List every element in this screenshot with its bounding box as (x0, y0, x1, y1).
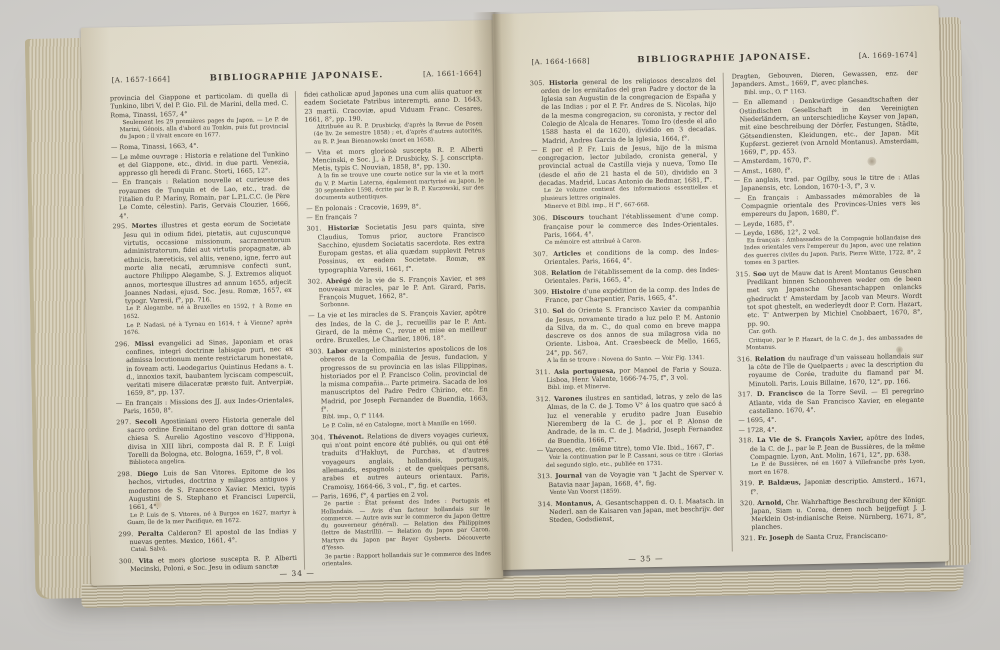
bibliography-paragraph: A la fin se trouve une courte notice sur… (306, 171, 485, 204)
bibliography-paragraph: 318. La Vie de S. François Xavier, apôtr… (739, 433, 925, 461)
bibliography-paragraph: — Le même ouvrage : Historia e relatione… (111, 150, 289, 178)
bibliography-paragraph: — En français : Ambassades mémorables de… (734, 191, 920, 219)
bibliography-paragraph: Le P. Luis de S. Vitores, né à Burgos en… (118, 509, 296, 527)
book: [A. 1657-1664] BIBLIOGRAPHIE JAPONAISE. … (24, 0, 971, 609)
bibliography-paragraph: 315. Soo uyt de Mauw dat is Arent Montan… (735, 267, 922, 329)
text-block: 305. Historia general de los religiosos … (530, 69, 929, 555)
page-range-left: [A. 1664-1668] (531, 57, 590, 66)
page-range-right: [A. 1661-1664] (423, 69, 482, 78)
bibliography-paragraph: Attribuée au R. P. Drusbicky, d'après la… (305, 121, 483, 146)
bibliography-paragraph: Le P. Alegambe, né à Bruxelles en 1592, … (114, 303, 292, 321)
right-page: [A. 1664-1668] BIBLIOGRAPHIE JAPONAISE. … (492, 5, 949, 569)
bibliography-paragraph: Minerve et Bibl. imp., H f°, 667-668. (532, 201, 718, 212)
left-page: [A. 1657-1664] BIBLIOGRAPHIE JAPONAISE. … (81, 20, 504, 586)
bibliography-paragraph: fidei catholicæ apud Japones una cum ali… (304, 87, 483, 124)
bibliography-paragraph: Le P. Colin, né en Catalogne, mort à Man… (310, 420, 488, 431)
bibliography-paragraph: — La vie et les miracles de S. François … (308, 308, 487, 345)
bibliography-paragraph: Le 2e volume contient des informations e… (532, 185, 718, 203)
bibliography-paragraph: 305. Historia general de los religiosos … (530, 75, 717, 145)
bibliography-paragraph: 2e partie : État présent des Indes : Por… (312, 498, 491, 552)
text-column-1: provincia del Giappone et particolam. di… (110, 91, 304, 573)
running-head: [A. 1664-1668] BIBLIOGRAPHIE JAPONAISE. … (529, 50, 919, 67)
page-range-left: [A. 1657-1664] (112, 75, 171, 84)
bibliography-paragraph: 316. Relation du naufrage d'un vaisseau … (737, 352, 924, 389)
bibliography-paragraph: 297. Secoli Agostiniani overo Historia g… (116, 415, 295, 460)
bibliography-paragraph: 317. D. Francisco de la Torre Sevil. — E… (738, 387, 924, 415)
bibliography-paragraph: 320. Arnold, Chr. Wahrhaftige Beschreibu… (740, 495, 927, 532)
bibliography-paragraph: 295. Mortes illustres et gesta eorum de … (112, 219, 292, 305)
bibliography-paragraph: — En allemand : Denkwürdige Gesandtschaf… (732, 95, 919, 157)
bibliography-paragraph: — En français : Missions des JJ. aux Ind… (116, 396, 294, 416)
text-column-1: 305. Historia general de los religiosos … (530, 73, 732, 556)
bibliography-paragraph: 306. Discours touchant l'établissement d… (532, 211, 718, 239)
bibliography-paragraph: 302. Abrégé de la vie de S. François Xav… (307, 274, 485, 302)
bibliography-paragraph: — Vita et mors gloriosè suscepta R. P. A… (305, 145, 483, 173)
photo-background: [A. 1657-1664] BIBLIOGRAPHIE JAPONAISE. … (0, 0, 1000, 650)
bibliography-paragraph: Seulement les 29 premières pages du Japo… (110, 117, 288, 142)
bibliography-paragraph: 314. Montanus, A. Gesantschappen d. O. I… (538, 496, 724, 524)
page-title: BIBLIOGRAPHIE JAPONAISE. (637, 52, 811, 65)
bibliography-paragraph: 299. Peralta Calderon? El apostol de las… (118, 527, 296, 547)
bibliography-paragraph: En français : Ambassades de la Compagnie… (735, 235, 922, 268)
bibliography-paragraph: 301. Historiæ Societatis Jesu pars quint… (306, 221, 485, 274)
bibliography-paragraph: 321. Fr. Joseph de Santa Cruz, Francisca… (741, 531, 927, 543)
bibliography-paragraph: 309. Histoire d'une expédition de la com… (534, 285, 720, 305)
bibliography-paragraph: Voir la continuation par le P. Cassani, … (537, 452, 723, 470)
bibliography-paragraph: 304. Thévenot. Relations de divers voyag… (310, 430, 489, 491)
bibliography-paragraph: 308. Relation de l'établissement de la c… (533, 266, 719, 286)
page-range-right: [A. 1669-1674] (859, 51, 918, 60)
page-title: BIBLIOGRAPHIE JAPONAISE. (210, 70, 384, 83)
bibliography-paragraph: provincia del Giappone et particolam. di… (110, 91, 288, 119)
running-head: [A. 1657-1664] BIBLIOGRAPHIE JAPONAISE. … (110, 68, 484, 85)
bibliography-paragraph: — En français : Relation nouvelle et cur… (112, 175, 291, 220)
bibliography-paragraph: Le P. Nadasi, né à Tyrnau en 1614, † à V… (114, 319, 292, 337)
bibliography-paragraph: — E por el P. Fr. Luis de Jesus, hijo de… (531, 143, 718, 188)
bibliography-paragraph: 319. P. Baldæus, Japoniæ descriptio. Ams… (739, 476, 925, 496)
bibliography-paragraph: 298. Diego Luis de San Vitores. Epitome … (117, 467, 296, 512)
text-column-2: Dragten, Gebouven, Dieren, Gewassen, enz… (723, 69, 929, 552)
bibliography-paragraph: 303. Labor evangelico, ministerios apost… (309, 344, 488, 414)
bibliography-paragraph: 296. Missi evangelici ad Sinas, Japoniam… (115, 337, 294, 398)
bibliography-paragraph: Le P. de Bussières, né en 1607 à Villefr… (739, 459, 925, 477)
text-column-2: fidei catholicæ apud Japones una cum ali… (295, 87, 493, 570)
bibliography-paragraph: Critique, par le P. Hazart, de la C. de … (737, 335, 923, 353)
bibliography-paragraph: 310. Sol do Oriente S. Francisco Xavier … (534, 304, 721, 357)
bibliography-paragraph: 312. Varones ilustres en santidad, letra… (536, 392, 723, 445)
bibliography-paragraph: 307. Articles et conditions de la comp. … (533, 247, 719, 267)
text-block: provincia del Giappone et particolam. di… (110, 87, 493, 573)
